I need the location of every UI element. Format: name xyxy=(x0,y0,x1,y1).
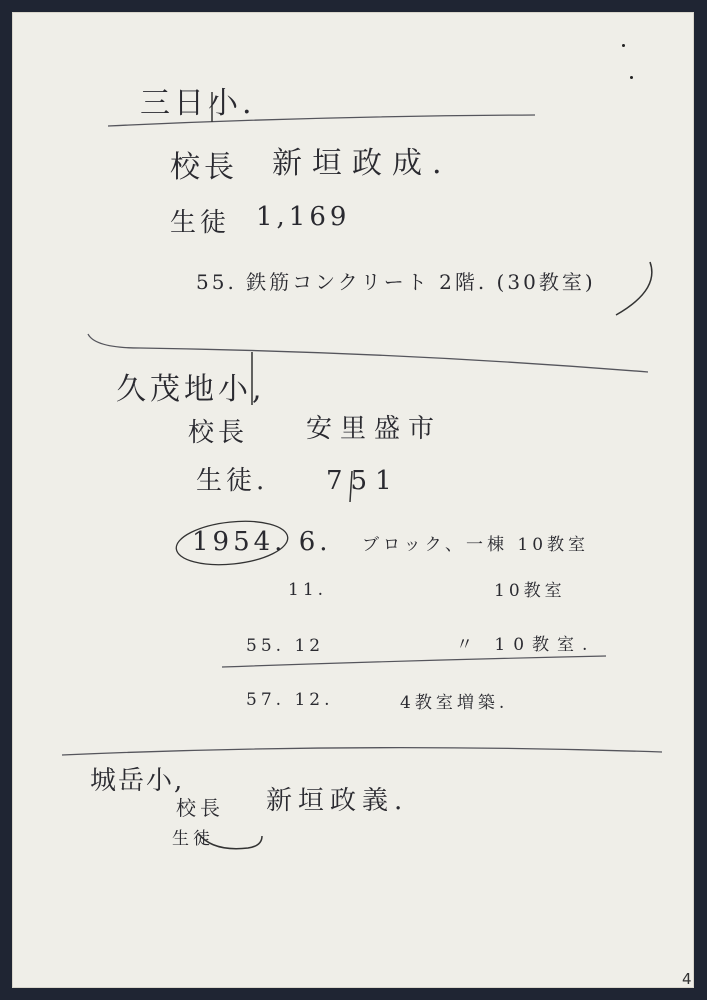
section-1-students-count: 1,169 xyxy=(256,202,350,232)
section-2-students-count: 751 xyxy=(326,466,400,496)
section-1-principal-label: 校長 xyxy=(170,142,238,186)
history-date: 11. xyxy=(288,580,327,600)
section-1-heading: 三日小. xyxy=(140,78,256,122)
section-1-building-note: 55. 鉄筋コンクリート 2階. (30教室) xyxy=(196,266,596,295)
section-1-students-label: 生徒 xyxy=(170,202,230,239)
section-1-principal-name: 新垣政成. xyxy=(272,138,452,182)
section-3-students-label: 生徒 xyxy=(172,824,214,849)
section-3-heading: 城岳小, xyxy=(90,760,184,797)
punch-mark xyxy=(630,76,633,79)
history-date: 57. 12. xyxy=(246,690,333,710)
section-2-students-label: 生徒. xyxy=(196,460,268,497)
history-note: 〃 10教室. xyxy=(456,630,595,655)
page-number: 4 xyxy=(682,970,692,988)
history-date: 55. 12 xyxy=(246,636,324,656)
section-2-principal-name: 安里盛市 xyxy=(306,408,442,445)
section-3-principal-label: 校長 xyxy=(176,792,224,821)
history-date: 1954. 6. xyxy=(192,527,332,557)
section-3-principal-name: 新垣政義. xyxy=(266,780,408,817)
history-note: 10教室 xyxy=(494,576,566,601)
section-2-heading: 久茂地小, xyxy=(116,364,266,408)
history-note: ブロック、一棟 10教室 xyxy=(362,530,589,555)
history-note: 4教室増築. xyxy=(400,688,508,713)
punch-mark xyxy=(622,44,625,47)
section-2-principal-label: 校長 xyxy=(188,412,248,449)
